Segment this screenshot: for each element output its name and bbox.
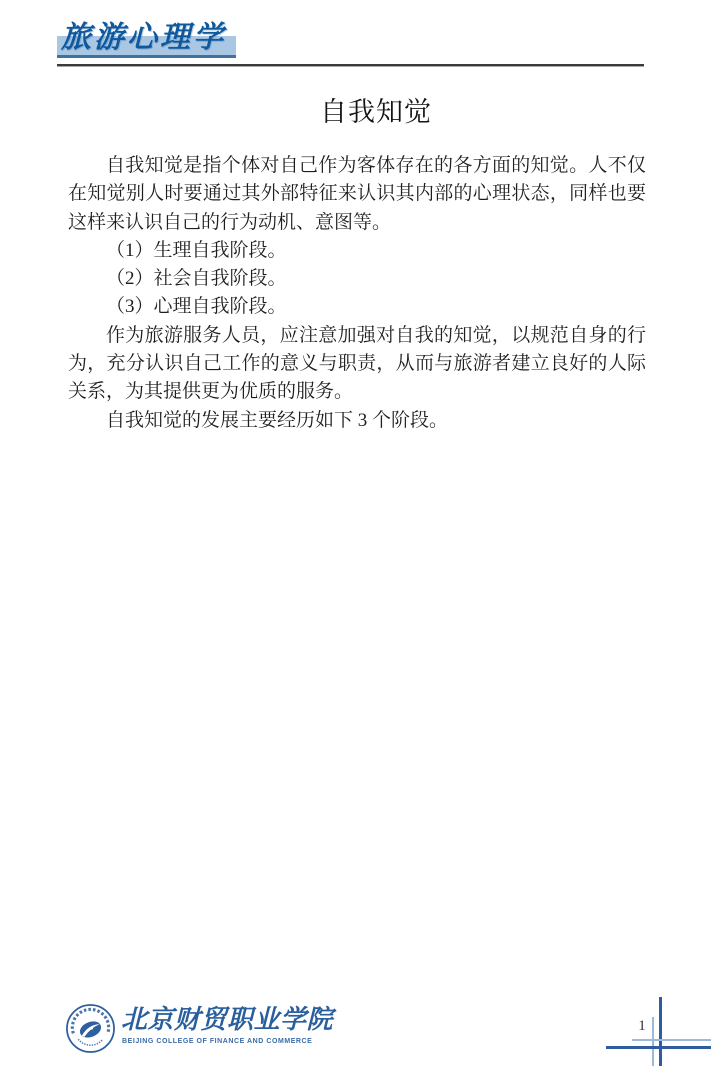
corner-line-horizontal-light — [632, 1039, 711, 1041]
corner-line-vertical-light — [652, 1017, 654, 1066]
page-title: 自我知觉 — [320, 90, 432, 129]
body-paragraph: 自我知觉的发展主要经历如下 3 个阶段。 — [68, 407, 646, 435]
list-item: （3）心理自我阶段。 — [68, 293, 646, 321]
college-name-zh: 北京财贸职业学院 — [121, 1003, 333, 1037]
article-body: 自我知觉是指个体对自己作为客体存在的各方面的知觉。人不仅在知觉别人时要通过其外部… — [68, 152, 646, 435]
list-item: （1）生理自我阶段。 — [68, 237, 646, 265]
corner-line-vertical-dark — [659, 997, 662, 1066]
body-paragraph: 自我知觉是指个体对自己作为客体存在的各方面的知觉。人不仅在知觉别人时要通过其外部… — [68, 152, 646, 237]
college-name-en: BEIJING COLLEGE OF FINANCE AND COMMERCE — [122, 1038, 312, 1045]
page-number: 1 — [635, 1018, 649, 1035]
series-title-calligraphy: 旅游心理学 — [61, 20, 226, 56]
body-paragraph: 作为旅游服务人员，应注意加强对自我的知觉，以规范自身的行为，充分认识自己工作的意… — [68, 322, 646, 407]
header-rule — [57, 64, 644, 67]
document-page: 旅游心理学 自我知觉 自我知觉是指个体对自己作为客体存在的各方面的知觉。人不仅在… — [0, 0, 711, 1066]
corner-line-horizontal-dark — [606, 1046, 711, 1049]
list-item: （2）社会自我阶段。 — [68, 265, 646, 293]
college-seal-icon — [65, 1003, 116, 1054]
